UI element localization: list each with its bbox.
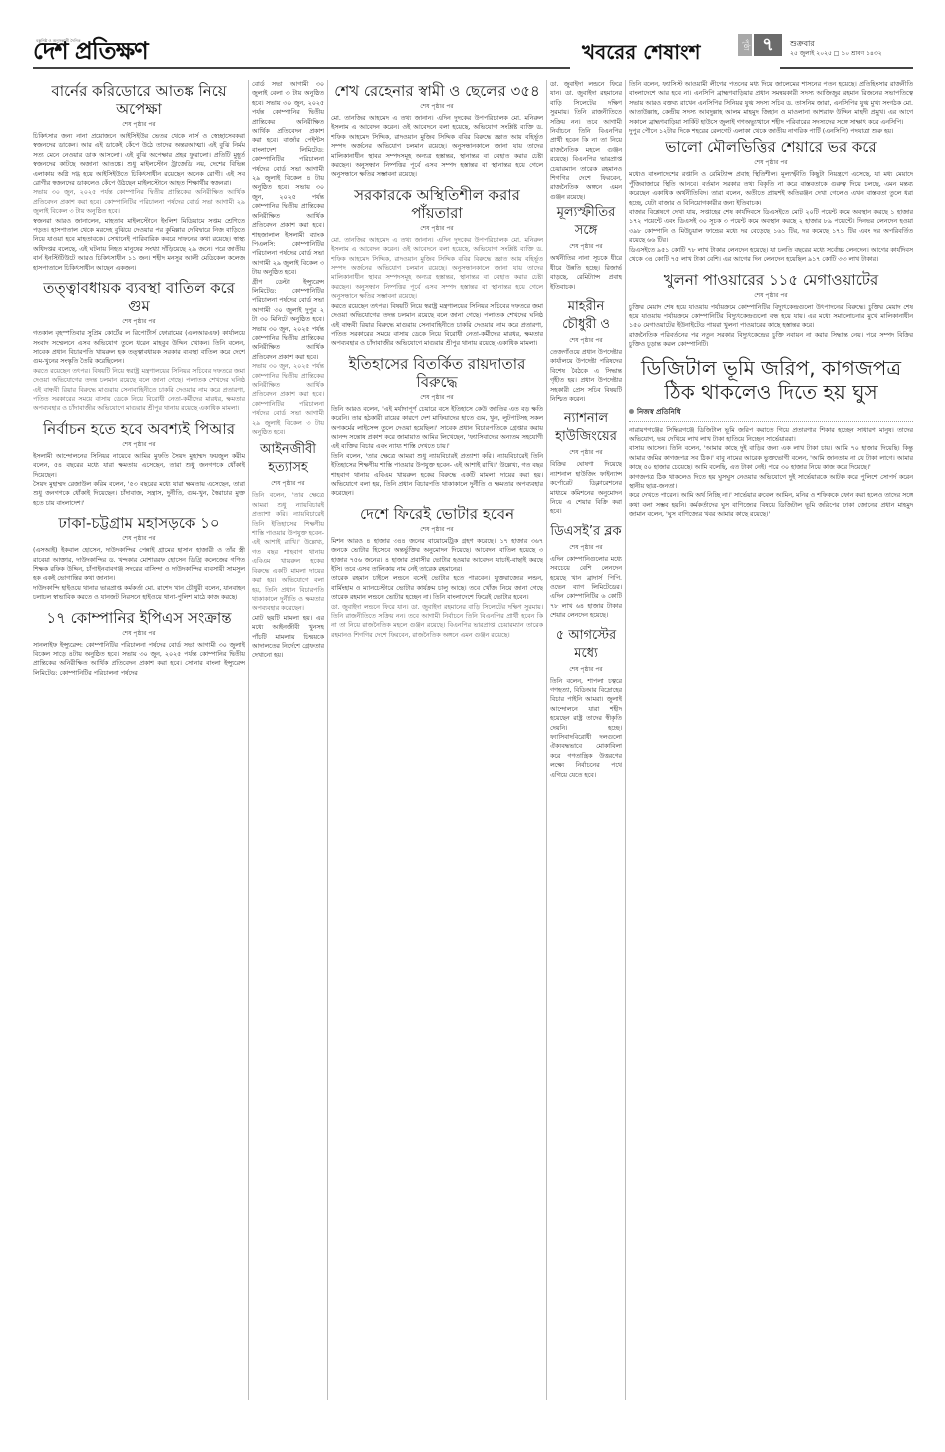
paragraph: তিনি বলেন, শাপলা চত্বরে গণহত্যা, বিডিআর … [550, 677, 622, 780]
paragraph: স্বজনরা আরও জানালেন, মাহতাব মাইলস্টোনে ই… [33, 217, 245, 273]
header-rule-left [33, 67, 570, 69]
paragraph: চুক্তির মেয়াদ শেষ হয়ে যাওয়ায় পর্যায়… [629, 303, 913, 331]
column-1: বার্নের করিডোরে আতঙ্ক নিয়ে অপেক্ষা শেষ … [33, 80, 245, 1400]
jump-line: শেষ পৃষ্ঠার পর [550, 241, 622, 252]
headline[interactable]: সরকারকে অস্থিতিশীল করার পাঁয়তারা [331, 186, 543, 222]
headline[interactable]: ৫ আগস্টের মধ্যে [550, 627, 622, 663]
headline[interactable]: ন্যাশনাল হাউজিংয়ের [550, 410, 622, 446]
story-lawyer-murder: আইনজীবী হত্যাসহ শেষ পৃষ্ঠার পর তিনি বলেন… [252, 441, 324, 660]
paragraph: তিনি বলেন, ফ্যাসিস্ট আওয়ামী লীগের পতনের… [629, 80, 913, 127]
byline: নিজস্ব প্রতিনিধি [629, 406, 913, 422]
jump-line: শেষ পৃষ্ঠার পর [550, 335, 622, 346]
headline[interactable]: নির্বাচন হতে হবে অবশ্যই পিআর [33, 420, 245, 438]
masthead: বস্তুনিষ্ঠ ও অনুসন্ধানী দৈনিক দেশ প্রতিক… [0, 0, 945, 52]
paragraph: রাজনৈতিক পরিবর্তনের পর নতুন সরকার বিদ্যু… [629, 331, 913, 350]
paragraph: (এসআই) ইকবাল হোসেন, দাউদকান্দির পেন্নাই … [33, 546, 245, 584]
paragraph: ডা. জুবাইদা লন্ডনে ফিরে যান। ডা. জুবাইদা… [550, 80, 622, 202]
section-title: খবরের শেষাংশ [582, 42, 701, 62]
page-label: পৃষ্ঠা [738, 34, 752, 56]
paragraph: বাসায় আসেন। তিনি বলেন, 'আমার কাছে দুই ব… [629, 444, 913, 472]
paragraph: নারায়ণগঞ্জের সিদ্ধিরগঞ্জে ডিজিটাল ভূমি … [629, 426, 913, 445]
paragraph: ডা. জুবাইদা লন্ডনে ফিরে যান। ডা. জুবাইদা… [331, 603, 543, 641]
story-highway: ঢাকা-চট্টগ্রাম মহাসড়কে ১০ শেষ পৃষ্ঠার প… [33, 514, 245, 602]
headline[interactable]: ইতিহাসের বিতর্কিত রায়দাতার বিরুদ্ধে [331, 355, 543, 391]
paragraph: দাউদকান্দি হাইওয়ে থানার ভারপ্রাপ্ত কর্ম… [33, 584, 245, 603]
jump-line: শেষ পৃষ্ঠার পর [550, 664, 622, 675]
paragraph: সভায় ৩০ জুন, ২০২৫ পর্যন্ত কোম্পানির দ্ব… [33, 188, 245, 216]
jump-line: শেষ পৃষ্ঠার পর [33, 439, 245, 450]
paragraph: তিনি আরও বলেন, 'এই মর্যাদাপূর্ণ চেয়ারে … [331, 405, 543, 452]
headline[interactable]: বার্নের করিডোরে আতঙ্ক নিয়ে অপেক্ষা [33, 82, 245, 118]
headline[interactable]: শেখ রেহেনার স্বামী ও ছেলের ৩৫৪ [331, 82, 543, 100]
story-ipo-eps: ১৭ কোম্পানির ইপিএস সংক্রান্ত শেষ পৃষ্ঠার… [33, 609, 245, 679]
column-divider [248, 80, 249, 1400]
jump-line: শেষ পৃষ্ঠার পর [33, 533, 245, 544]
paragraph: তিনি বলেন, 'তার ক্ষেত্রে আমরা শুধু ন্যায… [252, 491, 324, 613]
paragraph: করে দেখতে পারেন। আমি অর্থ নিচ্ছি না।' সা… [629, 491, 913, 519]
story-voter: দেশে ফিরেই ভোটার হবেন শেষ পৃষ্ঠার পর মিশ… [331, 505, 543, 640]
paragraph: ডিএসইতে ৯৫১ কোটি ৭৮ লাখ টাকার লেনদেন হয়… [629, 246, 913, 265]
jump-line: শেষ পৃষ্ঠার পর [33, 316, 245, 327]
story-mahrin: মাহরীন চৌধুরী ও শেষ পৃষ্ঠার পর তেজগাঁওয়… [550, 298, 622, 404]
headline[interactable]: আইনজীবী হত্যাসহ [252, 441, 324, 477]
jump-line: শেষ পৃষ্ঠার পর [550, 447, 622, 458]
headline[interactable]: ঢাকা-চট্টগ্রাম মহাসড়কে ১০ [33, 514, 245, 532]
story-rehana: শেখ রেহেনার স্বামী ও ছেলের ৩৫৪ শেষ পৃষ্ঠ… [331, 82, 543, 180]
paragraph: গতকাল বৃহস্পতিবার সুপ্রিম কোর্টের ল রিপো… [33, 329, 245, 367]
headline[interactable]: মাহরীন চৌধুরী ও [550, 298, 622, 334]
headline[interactable]: ডিজিটাল ভূমি জরিপ, কাগজপত্র ঠিক থাকলেও দ… [629, 356, 913, 404]
jump-line: শেষ পৃষ্ঠার পর [331, 101, 543, 112]
headline[interactable]: ভালো মৌলভিত্তির শেয়ারে ভর করে [629, 138, 913, 156]
story-august-5: ৫ আগস্টের মধ্যে শেষ পৃষ্ঠার পর তিনি বলেন… [550, 627, 622, 780]
newspaper-logo[interactable]: দেশ প্রতিক্ষণ [33, 40, 148, 62]
story-pr-election: নির্বাচন হতে হবে অবশ্যই পিআর শেষ পৃষ্ঠার… [33, 420, 245, 508]
issue-date: ২৫ জুলাই ২০২৫ □ ১০ শ্রাবণ ১৪৩২ [790, 48, 882, 59]
story-national-housing: ন্যাশনাল হাউজিংয়ের শেষ পৃষ্ঠার পর বিক্র… [550, 410, 622, 516]
paragraph: দুপুর পৌনে ১২টার দিকে শহরের রেলগেট এলাকা… [629, 127, 913, 136]
paragraph: তিনি বলেন, 'তার ক্ষেত্রে আমরা শুধু ন্যায… [331, 452, 543, 499]
paragraph: এদিন কোম্পানিগুলোর মধ্যে সবচেয়ে বেশি লে… [550, 555, 622, 621]
headline[interactable]: তত্ত্বাবধায়ক ব্যবস্থা বাতিল করে গুম [33, 279, 245, 315]
column-divider [625, 80, 626, 1400]
paragraph: মোট ছয়টি মামলা হয়। এর মধ্যে আইনজীবী খু… [252, 614, 324, 661]
jump-line: শেষ পৃষ্ঠার পর [629, 157, 913, 168]
paragraph: অর্থনীতির নানা সূচকে ধীরে ধীরে উন্নতি হচ… [550, 254, 622, 292]
paragraph: চিকিৎসার জন্য নানা প্রয়োজনে আইসিইউর ভেত… [33, 132, 245, 188]
jump-line: শেষ পৃষ্ঠার পর [331, 223, 543, 234]
story-burn-corridor: বার্নের করিডোরে আতঙ্ক নিয়ে অপেক্ষা শেষ … [33, 82, 245, 273]
paragraph: করতে রয়েছেন তৎপর। বিষয়টি নিয়ে স্বরাষ্… [331, 302, 543, 349]
paragraph: সৈয়দ মুহাম্মদ রেজাউল করিম বলেন, '৫৩ বছর… [33, 480, 245, 508]
jump-line: শেষ পৃষ্ঠার পর [252, 478, 324, 489]
jump-line: শেষ পৃষ্ঠার পর [331, 524, 543, 535]
paragraph: মিশন আরও ৪ হাজার ৩৪৪ জনের বায়োমেট্রিক গ… [331, 537, 543, 575]
jump-line: শেষ পৃষ্ঠার পর [550, 542, 622, 553]
paragraph: মধ্যেও বাংলাদেশের রপ্তানি ও রেমিট্যান্স … [629, 170, 913, 208]
story-caretaker: তত্ত্বাবধায়ক ব্যবস্থা বাতিল করে গুম শেষ… [33, 279, 245, 414]
jump-line: শেষ পৃষ্ঠার পর [33, 628, 245, 639]
paragraph: তারেক রহমান চাইলে লন্ডনে বসেই ভোটার হতে … [331, 574, 543, 602]
paragraph: বোর্ড সভা আগামী ৩০ জুলাই বেলা ৩ টায় অনু… [252, 80, 324, 278]
story-history-verdict: ইতিহাসের বিতর্কিত রায়দাতার বিরুদ্ধে শেষ… [331, 355, 543, 499]
byline-text: নিজস্ব প্রতিনিধি [637, 408, 681, 416]
headline[interactable]: ১৭ কোম্পানির ইপিএস সংক্রান্ত [33, 609, 245, 627]
paragraph: সভায় ৩০ জুন, ২০২৫ পর্যন্ত কোম্পানির দ্ব… [252, 362, 324, 437]
paragraph: গ্রীণ ডেল্টা ইন্স্যুরেন্স লিমিটেড: কোম্প… [252, 278, 324, 363]
paragraph: সানলাইফ ইন্স্যুরেন্স: কোম্পানিটির পরিচাল… [33, 641, 245, 679]
column-3: শেখ রেহেনার স্বামী ও ছেলের ৩৫৪ শেষ পৃষ্ঠ… [331, 80, 543, 1400]
story-dse-block: ডিএসই’র ব্লক শেষ পৃষ্ঠার পর এদিন কোম্পান… [550, 523, 622, 621]
column-divider [327, 80, 328, 1400]
column-4: ডা. জুবাইদা লন্ডনে ফিরে যান। ডা. জুবাইদা… [550, 80, 622, 1400]
jump-line: শেষ পৃষ্ঠার পর [331, 392, 543, 403]
headline[interactable]: দেশে ফিরেই ভোটার হবেন [331, 505, 543, 523]
headline[interactable]: ডিএসই’র ব্লক [550, 523, 622, 541]
story-govt-destabilize: সরকারকে অস্থিতিশীল করার পাঁয়তারা শেষ পৃ… [331, 186, 543, 349]
story-khulna-power: খুলনা পাওয়ারের ১১৫ মেগাওয়াটের শেষ পৃষ্… [629, 271, 913, 350]
column-divider [546, 80, 547, 1400]
headline[interactable]: খুলনা পাওয়ারের ১১৫ মেগাওয়াটের [629, 271, 913, 289]
column-5: তিনি বলেন, ফ্যাসিস্ট আওয়ামী লীগের পতনের… [629, 80, 913, 1400]
paragraph: তেজগাঁওয়ে প্রধান উপদেষ্টার কার্যালয়ে উ… [550, 348, 622, 404]
paragraph: মো. তানজির আহমেদ এ তথ্য জানান। এদিন দুদক… [331, 114, 543, 180]
paragraph: বাজার বিশ্লেষণে দেখা যায়, সপ্তাহের শেষ … [629, 208, 913, 246]
page-number: ৭ [754, 34, 782, 56]
paragraph: কাগজপত্র ঠিক থাকলেও দিতে হয় ঘুসঘুস নেওয… [629, 473, 913, 492]
column-2: বোর্ড সভা আগামী ৩০ জুলাই বেলা ৩ টায় অনু… [252, 80, 324, 1400]
paragraph: ইসলামী আন্দোলনের সিনিয়র নায়েবে আমির মু… [33, 452, 245, 480]
story-inflation: মূল্যস্ফীতির সঙ্গে শেষ পৃষ্ঠার পর অর্থনী… [550, 204, 622, 292]
story-digital-land-survey: ডিজিটাল ভূমি জরিপ, কাগজপত্র ঠিক থাকলেও দ… [629, 356, 913, 520]
paragraph: করতে রয়েছেন তৎপর। বিষয়টি নিয়ে স্বরাষ্… [33, 367, 245, 414]
jump-line: শেষ পৃষ্ঠার পর [33, 119, 245, 130]
paragraph: বিক্রির ঘোষণা দিয়েছে ন্যাশনাল হাউজিং ফা… [550, 460, 622, 516]
headline[interactable]: মূল্যস্ফীতির সঙ্গে [550, 204, 622, 240]
bullet-icon [629, 409, 634, 414]
story-market: ভালো মৌলভিত্তির শেয়ারে ভর করে শেষ পৃষ্ঠ… [629, 138, 913, 264]
jump-line: শেষ পৃষ্ঠার পর [629, 290, 913, 301]
paragraph: মো. তানজির আহমেদ এ তথ্য জানান। এদিন দুদক… [331, 236, 543, 302]
header-rule-right [780, 67, 913, 69]
